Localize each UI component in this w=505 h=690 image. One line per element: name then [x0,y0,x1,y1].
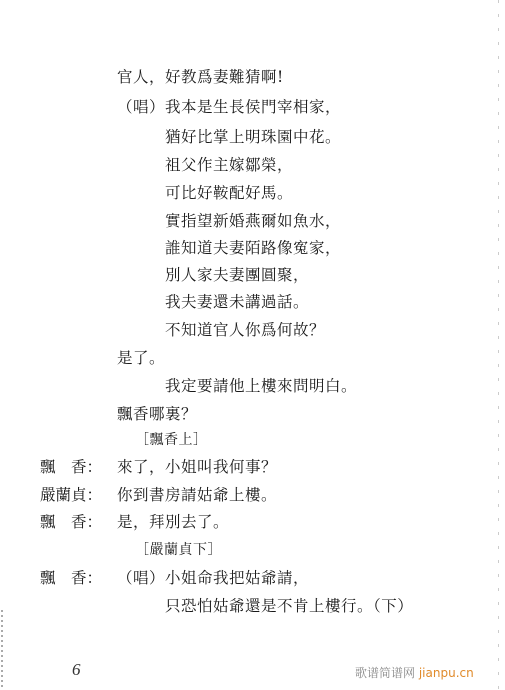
script-line: 我本是生長侯門宰相家， [165,97,341,117]
script-line: 是，拜別去了。 [117,512,229,532]
stage-direction: ［嚴蘭貞下］ [135,540,222,560]
script-line: 你到書房請姑爺上樓。 [117,485,277,505]
watermark-site-name: 歌谱简谱网 [355,666,415,680]
watermark-domain: jianpu.cn [419,666,474,680]
scan-edge-left [1,610,3,690]
stage-direction: ［飄香上］ [135,430,208,450]
script-line: 我夫妻還未講過話。 [165,292,309,312]
script-line: 我定要請他上樓來問明白。 [165,376,357,396]
script-line: 可比好鞍配好馬。 [165,183,293,203]
script-line: 實指望新婚燕爾如魚水， [165,211,341,231]
script-line: （唱） [117,568,165,588]
speaker-label: 嚴蘭貞： [40,485,102,505]
script-line: 飄香哪裏？ [117,404,197,424]
script-line: （唱） [117,97,165,117]
script-line: 祖父作主嫁鄒榮， [165,155,293,175]
speaker-label: 飄 香： [40,512,102,532]
script-line: 不知道官人你爲何故？ [165,320,325,340]
script-line: 猶好比掌上明珠園中花。 [165,127,341,147]
script-line: 別人家夫妻團圓聚， [165,265,309,285]
watermark: 歌谱简谱网 jianpu.cn [355,664,474,681]
page-number: 6 [72,660,81,680]
speaker-label: 飄 香： [40,568,102,588]
script-line: 是了。 [117,348,165,368]
script-line: 只恐怕姑爺還是不肯上樓行。（下） [165,596,413,616]
script-line: 官人，好教爲妻難猜啊! [117,67,284,87]
script-line: 小姐命我把姑爺請， [165,568,309,588]
speaker-label: 飄 香： [40,457,102,477]
script-line: 誰知道夫妻陌路像寃家， [165,238,341,258]
scan-edge-right [498,0,499,690]
script-line: 來了，小姐叫我何事？ [117,457,277,477]
document-page: 官人，好教爲妻難猜啊!（唱）我本是生長侯門宰相家，猶好比掌上明珠園中花。祖父作主… [0,0,505,690]
